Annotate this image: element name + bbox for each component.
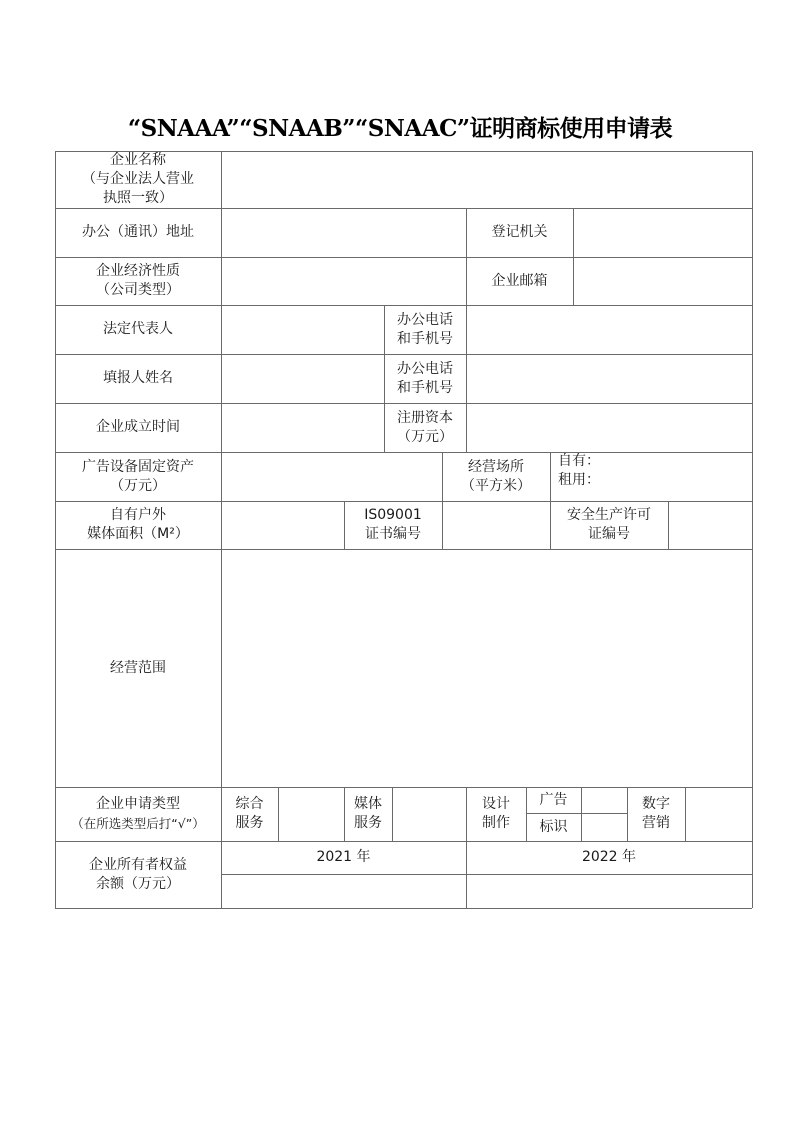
- company-nature-label: 企业经济性质 （公司类型）: [55, 257, 221, 305]
- legal-representative-label: 法定代表人: [55, 305, 221, 354]
- address-label: 办公（通讯）地址: [55, 208, 221, 257]
- application-type-label: 企业申请类型 （在所选类型后打“√”）: [55, 787, 221, 841]
- iso-cert-label: IS09001 证书编号: [344, 501, 442, 549]
- label-text: （公司类型）: [96, 281, 180, 300]
- label-text: 数字: [642, 795, 670, 814]
- filler-phone-label: 办公电话 和手机号: [384, 354, 466, 403]
- label-text: 证书编号: [365, 525, 421, 544]
- ad-equipment-assets-label: 广告设备固定资产 （万元）: [55, 452, 221, 501]
- label-text: 企业经济性质: [96, 262, 180, 281]
- company-name-label: 企业名称 （与企业法人营业 执照一致）: [55, 151, 221, 208]
- option-ads-checkbox[interactable]: [581, 787, 627, 813]
- company-email-label: 企业邮箱: [466, 257, 573, 305]
- filler-name-field[interactable]: [221, 354, 384, 403]
- premises-field[interactable]: 自有： 租用：: [550, 452, 752, 501]
- label-text: 综合: [236, 795, 264, 814]
- equity-2021-field[interactable]: [221, 874, 466, 908]
- legal-rep-phone-label: 办公电话 和手机号: [384, 305, 466, 354]
- business-scope-label: 经营范围: [55, 549, 221, 787]
- business-scope-field[interactable]: [221, 549, 752, 787]
- ad-equipment-assets-field[interactable]: [221, 452, 442, 501]
- label-text: 媒体: [354, 795, 382, 814]
- label-text: 制作: [482, 814, 510, 833]
- option-ads-label: 广告: [526, 787, 581, 813]
- filler-phone-field[interactable]: [466, 354, 752, 403]
- option-signage-checkbox[interactable]: [581, 813, 627, 841]
- label-text: 服务: [236, 814, 264, 833]
- registered-capital-label: 注册资本 （万元）: [384, 403, 466, 452]
- founded-date-label: 企业成立时间: [55, 403, 221, 452]
- address-field[interactable]: [221, 208, 466, 257]
- owned-area-label: 自有：: [558, 452, 600, 471]
- label-text: （万元）: [110, 477, 166, 496]
- label-text: 媒体面积（M²）: [87, 525, 189, 544]
- label-text: 广告设备固定资产: [82, 458, 194, 477]
- safety-permit-field[interactable]: [668, 501, 752, 549]
- equity-year-2022-header: 2022 年: [466, 841, 752, 874]
- equity-year-2021-header: 2021 年: [221, 841, 466, 874]
- label-text: 服务: [354, 814, 382, 833]
- option-digital-checkbox[interactable]: [685, 787, 752, 841]
- label-hint-text: （在所选类型后打“√”）: [71, 814, 204, 833]
- label-text: 证编号: [588, 525, 630, 544]
- option-media-checkbox[interactable]: [392, 787, 466, 841]
- registered-capital-field[interactable]: [466, 403, 752, 452]
- label-text: 执照一致）: [103, 189, 173, 208]
- label-text: 企业申请类型: [96, 795, 180, 814]
- option-media-label: 媒体 服务: [344, 787, 392, 841]
- option-digital-label: 数字 营销: [627, 787, 685, 841]
- equity-2022-field[interactable]: [466, 874, 752, 908]
- table-border-right: [752, 151, 753, 908]
- safety-permit-label: 安全生产许可 证编号: [550, 501, 668, 549]
- registration-authority-label: 登记机关: [466, 208, 573, 257]
- label-text: （与企业法人营业: [82, 170, 194, 189]
- company-email-field[interactable]: [573, 257, 752, 305]
- label-text: 安全生产许可: [567, 506, 651, 525]
- rented-area-label: 租用：: [558, 471, 600, 490]
- label-text: 企业所有者权益: [89, 856, 187, 875]
- label-text: 余额（万元）: [96, 875, 180, 894]
- label-text: 营销: [642, 814, 670, 833]
- outdoor-media-area-label: 自有户外 媒体面积（M²）: [55, 501, 221, 549]
- label-text: 和手机号: [397, 379, 453, 398]
- filler-name-label: 填报人姓名: [55, 354, 221, 403]
- label-text: 自有户外: [110, 506, 166, 525]
- form-title: “SNAAA”“SNAAB”“SNAAC”证明商标使用申请表: [0, 110, 800, 143]
- company-name-field[interactable]: [221, 151, 752, 208]
- option-design-label: 设计 制作: [466, 787, 526, 841]
- option-comprehensive-checkbox[interactable]: [278, 787, 344, 841]
- label-text: 办公电话: [397, 311, 453, 330]
- label-text: （万元）: [397, 428, 453, 447]
- label-text: 经营场所: [468, 458, 524, 477]
- registration-authority-field[interactable]: [573, 208, 752, 257]
- label-text: 办公电话: [397, 360, 453, 379]
- label-text: 企业名称: [110, 151, 166, 170]
- option-comprehensive-label: 综合 服务: [221, 787, 278, 841]
- label-text: 设计: [482, 795, 510, 814]
- option-signage-label: 标识: [526, 813, 581, 841]
- legal-representative-field[interactable]: [221, 305, 384, 354]
- outdoor-media-area-field[interactable]: [221, 501, 344, 549]
- table-border-bottom: [55, 908, 752, 909]
- label-text: 注册资本: [397, 409, 453, 428]
- premises-label: 经营场所 （平方米）: [442, 452, 550, 501]
- company-nature-field[interactable]: [221, 257, 466, 305]
- label-text: （平方米）: [461, 477, 531, 496]
- label-text: IS09001: [364, 506, 422, 525]
- founded-date-field[interactable]: [221, 403, 384, 452]
- iso-cert-field[interactable]: [442, 501, 550, 549]
- owner-equity-label: 企业所有者权益 余额（万元）: [55, 841, 221, 908]
- legal-rep-phone-field[interactable]: [466, 305, 752, 354]
- label-text: 和手机号: [397, 330, 453, 349]
